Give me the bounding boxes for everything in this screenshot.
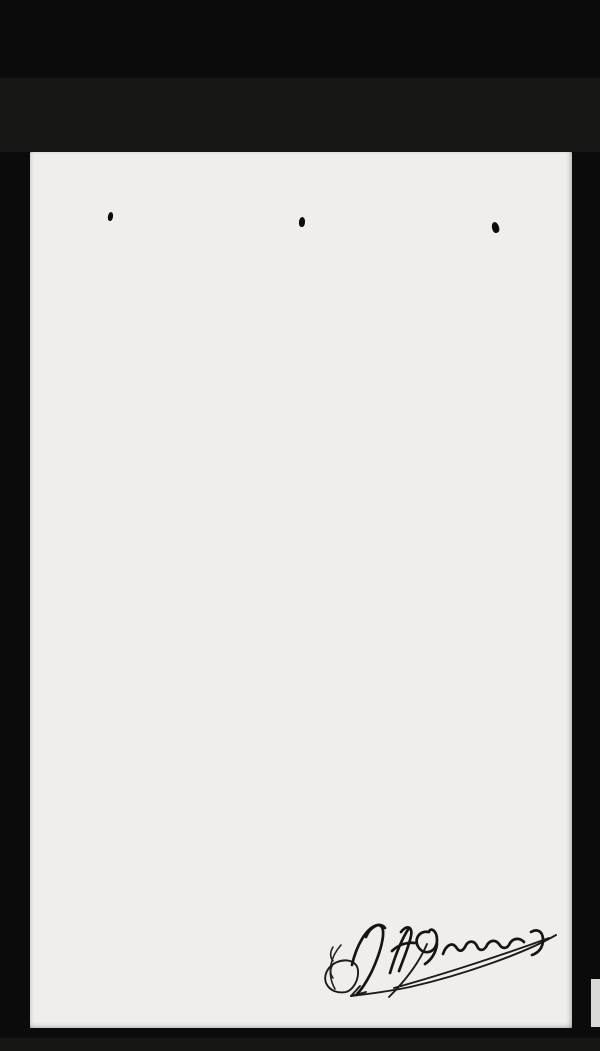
- scan-background-band-bottom: [0, 1038, 600, 1051]
- scan-edge-artifact: [591, 979, 600, 1027]
- scanned-document-page: [0, 0, 600, 1051]
- signature-handwriting: [320, 909, 572, 1009]
- paper-sheet: [30, 152, 572, 1028]
- scan-background-band-top: [0, 78, 600, 152]
